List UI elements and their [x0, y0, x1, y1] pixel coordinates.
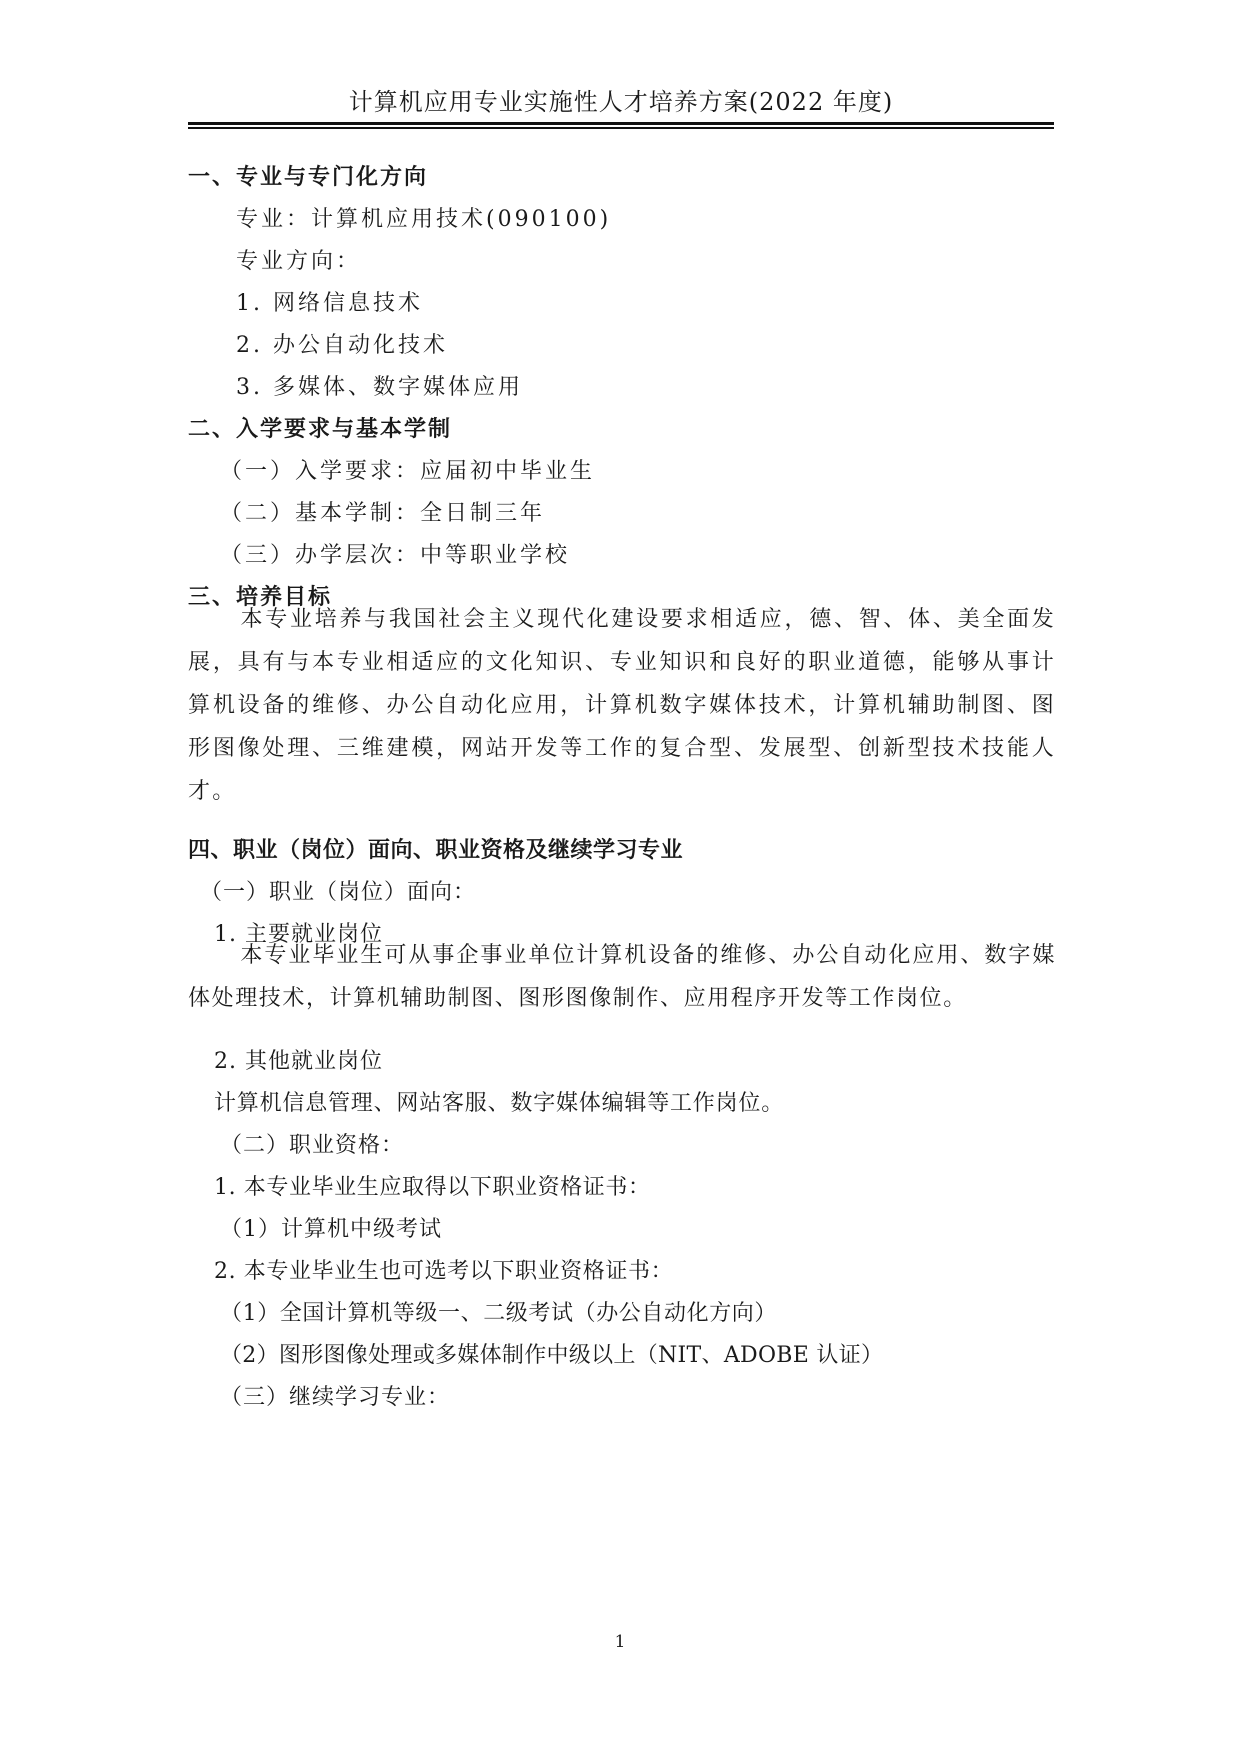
optional-cert-1: （1）全国计算机等级一、二级考试（办公自动化方向）: [220, 1296, 777, 1327]
major-line: 专业：计算机应用技术(090100): [236, 202, 611, 233]
other-jobs-heading: 2. 其他就业岗位: [214, 1044, 383, 1075]
optional-certificates: 2. 本专业毕业生也可选考以下职业资格证书：: [214, 1254, 673, 1285]
admission-requirement: （一）入学要求：应届初中毕业生: [220, 454, 595, 485]
subsection-qualifications: （二）职业资格：: [220, 1128, 404, 1159]
subsection-career-orientation: （一）职业（岗位）面向：: [200, 875, 476, 906]
required-certificates: 1. 本专业毕业生应取得以下职业资格证书：: [214, 1170, 651, 1201]
section-heading-4: 四、职业（岗位）面向、职业资格及继续学习专业: [188, 833, 683, 864]
optional-cert-2: （2）图形图像处理或多媒体制作中级以上（NIT、ADOBE 认证）: [220, 1338, 883, 1369]
section-heading-2: 二、入学要求与基本学制: [188, 412, 452, 443]
subsection-further-study: （三）继续学习专业：: [220, 1380, 450, 1411]
other-jobs-text: 计算机信息管理、网站客服、数字媒体编辑等工作岗位。: [214, 1086, 784, 1117]
required-cert-1: （1）计算机中级考试: [220, 1212, 442, 1243]
direction-item-2: 2. 办公自动化技术: [236, 328, 448, 359]
direction-item-3: 3. 多媒体、数字媒体应用: [236, 370, 523, 401]
direction-item-1: 1. 网络信息技术: [236, 286, 423, 317]
major-direction-label: 专业方向：: [236, 244, 361, 275]
basic-duration: （二）基本学制：全日制三年: [220, 496, 545, 527]
section-heading-1: 一、专业与专门化方向: [188, 160, 428, 191]
page-number: 1: [0, 1632, 1240, 1652]
main-jobs-paragraph: 本专业毕业生可从事企事业单位计算机设备的维修、办公自动化应用、数字媒体处理技术，…: [188, 934, 1056, 1020]
training-goal-paragraph: 本专业培养与我国社会主义现代化建设要求相适应，德、智、体、美全面发展，具有与本专…: [188, 598, 1056, 813]
header-rule-thin: [188, 127, 1054, 129]
header-rule-thick: [188, 122, 1054, 125]
school-level: （三）办学层次：中等职业学校: [220, 538, 570, 569]
page-header: 计算机应用专业实施性人才培养方案(2022 年度): [188, 82, 1054, 117]
